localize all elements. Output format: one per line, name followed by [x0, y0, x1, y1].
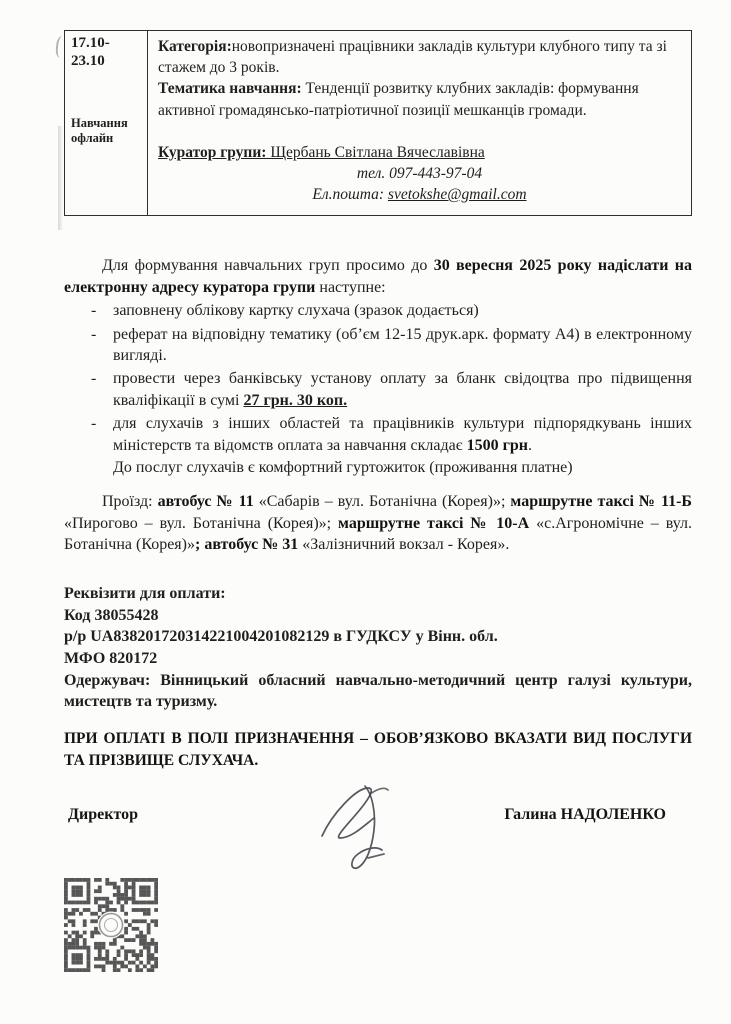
- curator-row: Куратор групи: Щербань Світлана Вячеслав…: [158, 142, 681, 163]
- requirement-text-end: .: [528, 437, 532, 454]
- bullet-dash: -: [91, 300, 96, 321]
- scan-edge-shadow: [58, 126, 63, 230]
- document-content: 17.10- 23.10 Навчання офлайн Категорія:н…: [64, 30, 692, 771]
- date-cell: 17.10- 23.10 Навчання офлайн: [65, 31, 148, 216]
- route-name: маршрутне таксі № 10-А: [338, 515, 529, 532]
- list-item: - для слухачів з інших областей та праці…: [64, 413, 692, 456]
- bullet-dash: -: [91, 368, 96, 389]
- category-text: новопризначені працівники закладів культ…: [158, 38, 667, 76]
- requirement-text: провести через банківську установу оплат…: [113, 370, 692, 408]
- intro-paragraph: Для формування навчальних груп просимо д…: [64, 255, 692, 298]
- date-start: 17.10-: [71, 35, 143, 53]
- bullet-dash: -: [91, 413, 96, 434]
- list-item: - заповнену облікову картку слухача (зра…: [64, 300, 692, 321]
- payment-title: Реквізити для оплати:: [64, 583, 692, 605]
- payment-code: Код 38055428: [64, 605, 692, 627]
- fee-amount: 27 грн. 30 коп.: [244, 392, 348, 409]
- route-name: ; автобус № 31: [195, 536, 298, 553]
- theme-row: Тематика навчання: Тенденції розвитку кл…: [158, 78, 681, 120]
- payment-account: р/р UA838201720314221004201082129 в ГУДК…: [64, 626, 692, 648]
- signer-name: Галина НАДОЛЕНКО: [504, 806, 666, 824]
- schedule-table: 17.10- 23.10 Навчання офлайн Категорія:н…: [64, 30, 692, 216]
- payment-requisites: Реквізити для оплати: Код 38055428 р/р U…: [64, 583, 692, 713]
- transit-paragraph: Проїзд: автобус № 11 «Сабарів – вул. Бот…: [64, 491, 692, 555]
- category-label: Категорія:: [158, 38, 232, 55]
- email-row: Ел.пошта: svetokshe@gmail.com: [158, 184, 681, 205]
- payment-notice: ПРИ ОПЛАТІ В ПОЛІ ПРИЗНАЧЕННЯ – ОБОВ’ЯЗК…: [64, 728, 692, 772]
- details-cell: Категорія:новопризначені працівники закл…: [148, 31, 692, 216]
- transit-intro: Проїзд:: [102, 493, 158, 510]
- signer-role: Директор: [68, 806, 138, 824]
- route-desc: «Пирогово – вул. Ботанічна (Корея)»;: [64, 515, 338, 532]
- date-range: 17.10- 23.10: [71, 35, 143, 70]
- route-name: автобус № 11: [158, 493, 254, 510]
- intro-pre: Для формування навчальних груп просимо д…: [102, 257, 434, 274]
- payment-mfo: МФО 820172: [64, 648, 692, 670]
- dormitory-note: До послуг слухачів є комфортний гуртожит…: [64, 457, 692, 478]
- requirements-list: - заповнену облікову картку слухача (зра…: [64, 300, 692, 478]
- route-name: маршрутне таксі № 11-Б: [510, 493, 692, 510]
- tuition-amount: 1500 грн: [467, 437, 528, 454]
- curator-label: Куратор групи:: [158, 144, 266, 161]
- date-end: 23.10: [71, 53, 143, 71]
- list-item: - провести через банківську установу опл…: [64, 368, 692, 411]
- route-desc: «Залізничний вокзал - Корея».: [298, 536, 509, 553]
- theme-label: Тематика навчання:: [158, 80, 302, 97]
- category-row: Категорія:новопризначені працівники закл…: [158, 36, 681, 78]
- curator-name: Щербань Світлана Вячеславівна: [266, 144, 484, 161]
- intro-post: наступне:: [315, 279, 385, 296]
- training-mode-label: Навчання офлайн: [71, 116, 143, 146]
- recipient-label: Одержувач:: [64, 672, 160, 689]
- requirement-text: реферат на відповідну тематику (об’єм 12…: [113, 326, 692, 364]
- requirement-text: заповнену облікову картку слухача (зразо…: [113, 302, 479, 319]
- email-label: Ел.пошта:: [312, 186, 387, 203]
- route-desc: «Сабарів – вул. Ботанічна (Корея)»;: [254, 493, 511, 510]
- list-item: - реферат на відповідну тематику (об’єм …: [64, 324, 692, 367]
- bullet-dash: -: [91, 324, 96, 345]
- email-link[interactable]: svetokshe@gmail.com: [388, 186, 527, 203]
- curator-phone: тел. 097-443-97-04: [158, 163, 681, 184]
- requirement-text: для слухачів з інших областей та працівн…: [113, 415, 692, 453]
- table-row: 17.10- 23.10 Навчання офлайн Категорія:н…: [65, 31, 692, 216]
- payment-recipient-row: Одержувач: Вінницький обласний навчально…: [64, 670, 692, 713]
- qr-code: [64, 878, 158, 972]
- scanned-document-page: 17.10- 23.10 Навчання офлайн Категорія:н…: [0, 0, 731, 1024]
- signature-scribble: [310, 778, 414, 874]
